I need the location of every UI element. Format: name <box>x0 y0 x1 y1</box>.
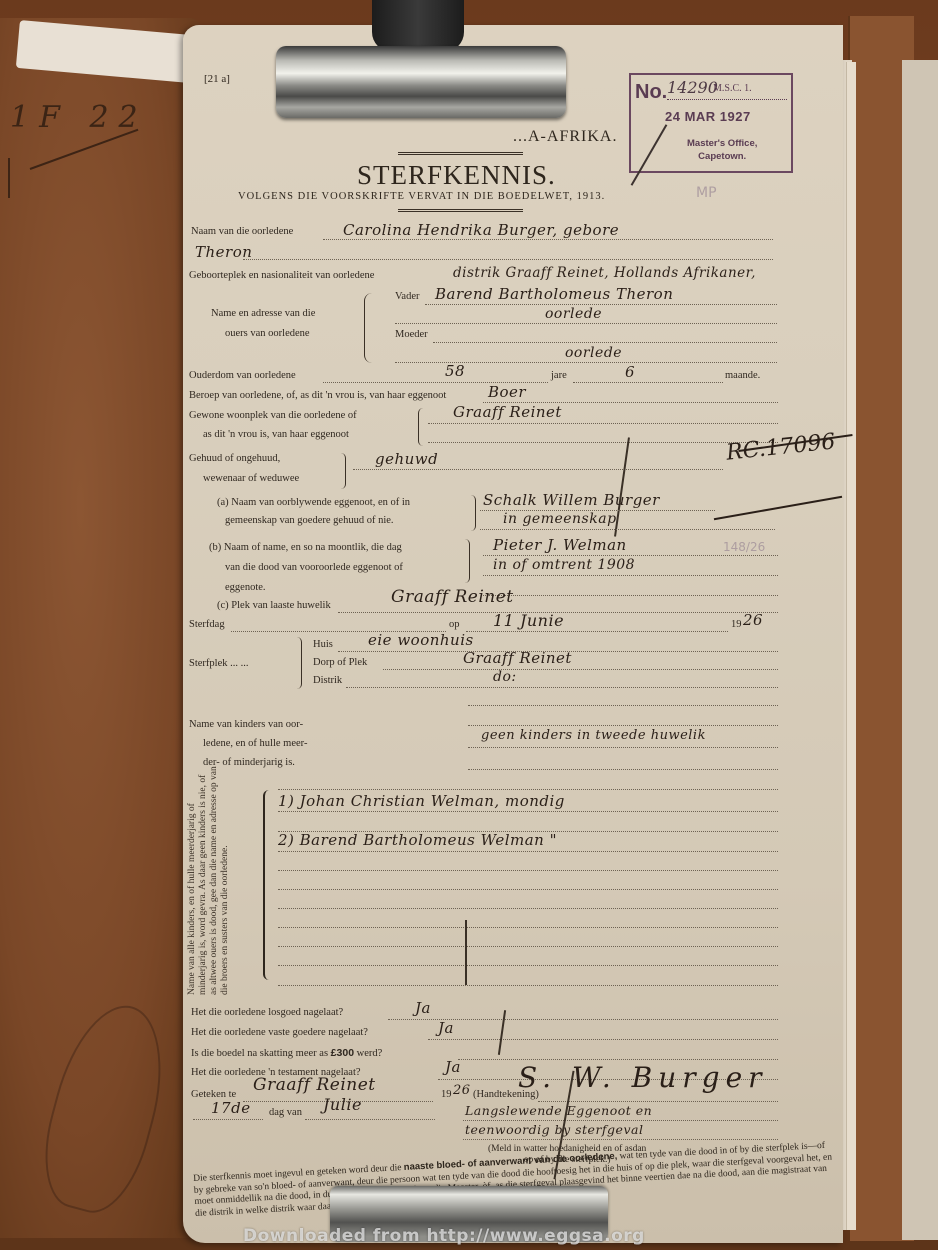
q-estate-text: Is die boedel na skatting meer as <box>191 1048 328 1059</box>
dotted-line <box>353 469 723 470</box>
label-spouse-b-1: (b) Naam of name, en so na moontlik, die… <box>209 542 402 553</box>
dotted-line <box>243 259 773 260</box>
value-name: Carolina Hendrika Burger, gebore <box>343 221 619 239</box>
stamp-number: 14290 <box>667 78 718 97</box>
value-signed-year: 26 <box>453 1083 471 1098</box>
label-q-immovable: Het die oorledene vaste goedere nagelaat… <box>191 1027 368 1038</box>
pencil-side-note: 148/26 <box>723 540 765 554</box>
document-title: STERFKENNIS. <box>357 160 556 191</box>
label-name: Naam van die oorledene <box>191 226 293 237</box>
label-marital-2: wewenaar of weduwee <box>203 473 299 484</box>
value-age-months: 6 <box>625 363 635 381</box>
dotted-line <box>463 1120 778 1121</box>
dotted-line <box>468 705 778 706</box>
value-marital: gehuwd <box>375 450 438 468</box>
label-signed-year: 19 <box>441 1089 452 1100</box>
label-children-1: Name van kinders van oor- <box>189 719 303 730</box>
dotted-line <box>538 1101 778 1102</box>
value-house: eie woonhuis <box>368 631 474 649</box>
dotted-line <box>278 789 778 790</box>
label-occupation: Beroep van oorledene, of, as dit 'n vrou… <box>189 390 446 401</box>
dotted-line <box>433 342 777 343</box>
dotted-line <box>573 382 723 383</box>
death-notice-document: [21 a] ...A-AFRIKA. STERFKENNIS. VOLGENS… <box>183 25 843 1243</box>
watermark: Downloaded from http://www.eggsa.org <box>243 1226 645 1246</box>
value-father: Barend Bartholomeus Theron <box>435 285 673 303</box>
value-residence: Graaff Reinet <box>453 403 562 421</box>
label-parents-2: ouers van oorledene <box>225 328 310 339</box>
value-signed-place: Graaff Reinet <box>253 1075 376 1095</box>
label-town: Dorp of Plek <box>313 657 367 668</box>
form-number: [21 a] <box>204 73 230 85</box>
value-name-cont: Theron <box>195 243 252 261</box>
title-rule-bottom <box>398 209 523 212</box>
label-spouse-a-2: gemeenskap van goedere gehuud of nie. <box>225 515 394 526</box>
rc-reference-number: RC.17096 <box>725 429 837 465</box>
side-instruction-text: Name van alle kinders, en of hulle meerd… <box>187 765 231 995</box>
dotted-line <box>278 927 778 928</box>
pencil-initials: MP <box>696 185 717 201</box>
pen-check-mark <box>465 920 467 985</box>
country-heading: ...A-AFRIKA. <box>513 128 617 146</box>
dotted-line <box>428 423 778 424</box>
value-birthplace: distrik Graaff Reinet, Hollands Afrikane… <box>453 265 756 281</box>
value-capacity-2: teenwoordig by sterfgeval <box>465 1122 643 1137</box>
value-spouse-a: Schalk Willem Burger <box>483 491 660 509</box>
label-day-of: dag van <box>269 1107 302 1118</box>
label-mother: Moeder <box>395 329 428 340</box>
document-subtitle: VOLGENS DIE VOORSKRIFTE VERVAT IN DIE BO… <box>238 191 605 202</box>
label-spouse-a-1: (a) Naam van oorblywende eggenoot, en of… <box>217 497 410 508</box>
page-stack-edge <box>846 62 856 1230</box>
stamp-code: M.S.C. 1. <box>713 83 752 94</box>
dotted-line <box>278 985 778 986</box>
dotted-line <box>425 304 777 305</box>
dotted-line <box>383 669 778 670</box>
signature: S. W. Burger <box>518 1061 768 1094</box>
dotted-line <box>458 1059 778 1060</box>
dotted-line <box>480 529 775 530</box>
label-death-date: Sterfdag <box>189 619 225 630</box>
dotted-line <box>483 555 778 556</box>
value-signed-month: Julie <box>323 1095 362 1114</box>
dotted-line <box>323 239 773 240</box>
value-children-note: geen kinders in tweede huwelik <box>481 728 706 743</box>
label-house: Huis <box>313 639 333 650</box>
dotted-line <box>193 1119 263 1120</box>
child-2: 2) Barend Bartholomeus Welman " <box>278 831 557 849</box>
folder-pencil-scribble <box>30 994 181 1223</box>
brace <box>465 539 470 583</box>
value-mother-address: oorlede <box>565 345 622 361</box>
dotted-line <box>466 631 728 632</box>
value-town: Graaff Reinet <box>463 649 572 667</box>
label-birthplace: Geboorteplek en nasionaliteit van oorled… <box>189 270 374 281</box>
value-capacity-1: Langslewende Eggenoot en <box>465 1103 652 1118</box>
brace <box>364 293 372 363</box>
label-residence-2: as dit 'n vrou is, van haar eggenoot <box>203 429 349 440</box>
value-q-movable: Ja <box>415 999 431 1017</box>
stamp-office-line1: Master's Office, <box>687 137 757 150</box>
brace <box>297 637 302 689</box>
dotted-line <box>346 687 778 688</box>
label-spouse-b-3: eggenote. <box>225 582 266 593</box>
stamp-date: 24 MAR 1927 <box>665 109 751 124</box>
value-q-will: Ja <box>445 1058 461 1076</box>
q-estate-text-post: werd? <box>357 1048 383 1059</box>
label-death-place: Sterfplek ... ... <box>189 658 249 669</box>
children-side-instruction: Name van alle kinders, en of hulle meerd… <box>181 770 241 1005</box>
value-spouse-b: Pieter J. Welman <box>493 536 627 554</box>
stamp-dotted-line <box>667 99 787 100</box>
label-op: op <box>449 619 460 630</box>
title-rule-top <box>398 152 523 155</box>
masters-office-stamp: No. 14290 M.S.C. 1. 24 MAR 1927 Master's… <box>629 73 793 173</box>
value-age-years: 58 <box>445 362 465 380</box>
dotted-line <box>395 323 777 324</box>
dotted-line <box>468 747 778 748</box>
label-months: maande. <box>725 370 760 381</box>
dotted-line <box>483 575 778 576</box>
folder-pencil-stroke <box>8 158 10 198</box>
label-q-movable: Het die oorledene losgoed nagelaat? <box>191 1007 343 1018</box>
label-years: jare <box>551 370 567 381</box>
value-father-address: oorlede <box>545 306 602 322</box>
label-parents-1: Name en adresse van die <box>211 308 315 319</box>
dotted-line <box>428 1039 778 1040</box>
stamp-office: Master's Office, Capetown. <box>687 137 757 163</box>
label-residence-1: Gewone woonplek van die oorledene of <box>189 410 357 421</box>
dotted-line <box>463 1139 778 1140</box>
dotted-line <box>468 769 778 770</box>
dotted-line <box>483 595 778 596</box>
label-marital-1: Gehuud of ongehuud, <box>189 453 280 464</box>
stamp-office-line2: Capetown. <box>687 150 757 163</box>
value-district: do: <box>493 669 517 685</box>
label-age: Ouderdom van oorledene <box>189 370 296 381</box>
value-spouse-b-date: in of omtrent 1908 <box>493 557 635 573</box>
brace <box>471 495 476 531</box>
dotted-line <box>278 811 778 812</box>
clip-top-stem <box>372 0 464 52</box>
dotted-line <box>305 1119 435 1120</box>
label-children-2: ledene, en of hulle meer- <box>203 738 307 749</box>
brace <box>341 453 346 489</box>
paper-stack-right <box>902 60 938 1240</box>
value-death-date: 11 Junie <box>493 611 564 630</box>
value-spouse-a-community: in gemeenskap <box>503 511 617 527</box>
dotted-line <box>278 889 778 890</box>
child-1: 1) Johan Christian Welman, mondig <box>278 792 565 810</box>
label-spouse-b-2: van die dood van vooroorlede eggenoot of <box>225 562 403 573</box>
value-signed-day: 17de <box>211 1099 251 1117</box>
value-q-immovable: Ja <box>438 1019 454 1037</box>
dotted-line <box>278 851 778 852</box>
q-estate-amount: £300 <box>331 1047 354 1059</box>
metal-clip-top <box>276 46 566 118</box>
dotted-line <box>278 908 778 909</box>
value-last-marriage-place: Graaff Reinet <box>391 587 514 607</box>
brace <box>418 408 423 446</box>
folder-pencil-note: 1F 22 <box>10 100 148 135</box>
pen-check-mark <box>498 1010 506 1055</box>
pen-stroke <box>714 496 842 521</box>
dotted-line <box>278 870 778 871</box>
value-death-year: 26 <box>743 611 763 629</box>
value-occupation: Boer <box>488 383 526 401</box>
stamp-no-label: No. <box>635 81 667 104</box>
label-district: Distrik <box>313 675 342 686</box>
label-q-estate-value: Is die boedel na skatting meer as £300 w… <box>191 1047 382 1059</box>
dotted-line <box>278 946 778 947</box>
children-bracket <box>263 790 269 980</box>
folder-cover-left: 1F 22 <box>0 18 200 1238</box>
dotted-line <box>468 725 778 726</box>
label-father: Vader <box>395 291 420 302</box>
label-spouse-c: (c) Plek van laaste huwelik <box>217 600 331 611</box>
dotted-line <box>278 965 778 966</box>
label-death-year: 19 <box>731 619 742 630</box>
